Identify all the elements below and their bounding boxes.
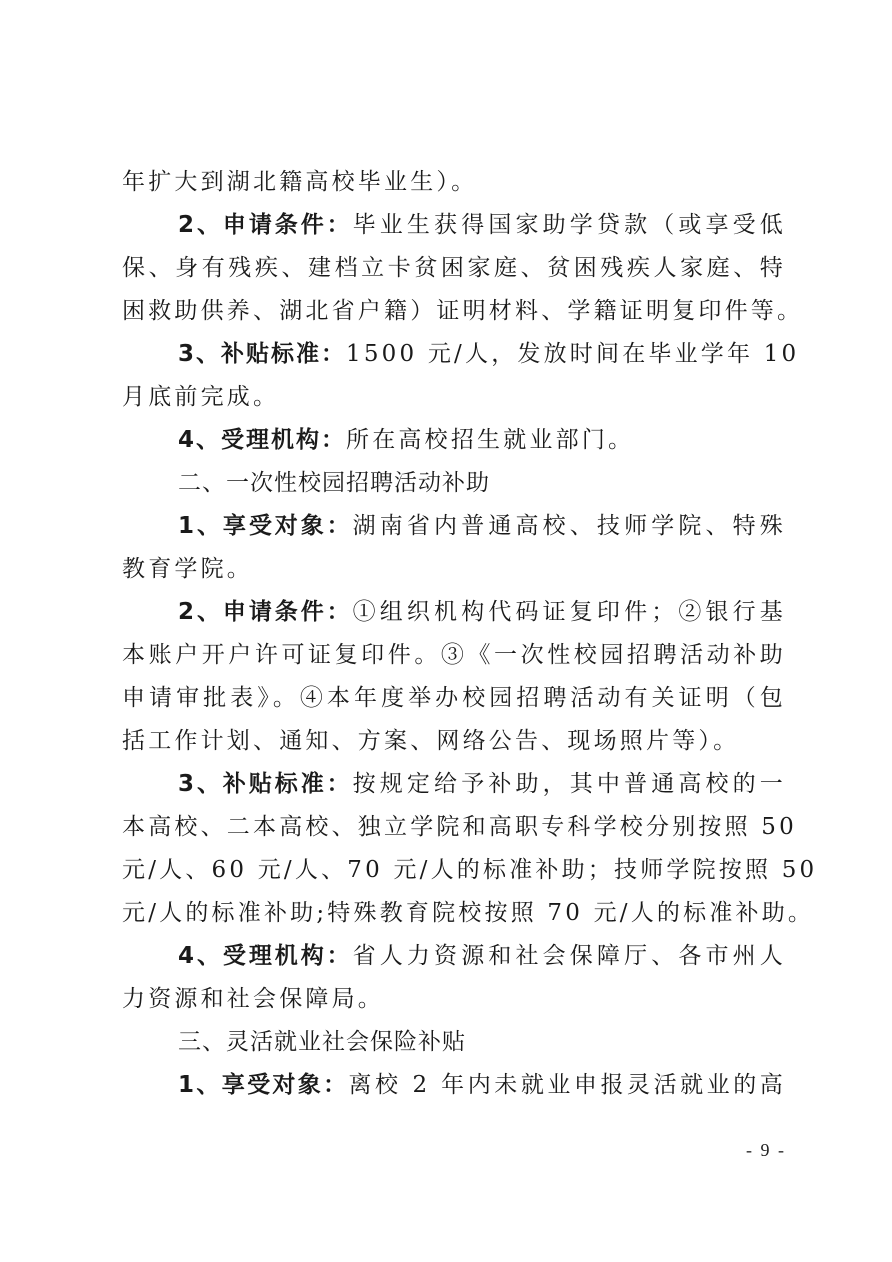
body-text: 元/人、60 元/人、70 元/人的标准补助；技师学院按照 50 <box>122 857 817 883</box>
item-label: 2、申请条件： <box>178 212 353 238</box>
body-text: 力资源和社会保障局。 <box>122 986 384 1012</box>
paragraph-line: 本高校、二本高校、独立学院和高职专科学校分别按照 50 <box>122 806 786 849</box>
body-text: 元/人的标准补助;特殊教育院校按照 70 元/人的标准补助。 <box>122 900 814 926</box>
body-text: 教育学院。 <box>122 556 253 582</box>
paragraph-line: 申请审批表》。④本年度举办校园招聘活动有关证明（包 <box>122 677 786 720</box>
paragraph-line: 力资源和社会保障局。 <box>122 978 786 1021</box>
paragraph-line: 1、享受对象：湖南省内普通高校、技师学院、特殊 <box>178 505 786 548</box>
paragraph-line: 1、享受对象：离校 2 年内未就业申报灵活就业的高 <box>178 1064 786 1107</box>
body-text: 困救助供养、湖北省户籍）证明材料、学籍证明复印件等。 <box>122 298 803 324</box>
page-number: - 9 - <box>746 1140 786 1161</box>
body-text: 本高校、二本高校、独立学院和高职专科学校分别按照 50 <box>122 814 797 840</box>
paragraph-line: 本账户开户许可证复印件。③《一次性校园招聘活动补助 <box>122 634 786 677</box>
body-text: 离校 2 年内未就业申报灵活就业的高 <box>348 1072 786 1098</box>
paragraph-line: 4、受理机构：省人力资源和社会保障厅、各市州人 <box>178 935 786 978</box>
body-text: 按规定给予补助，其中普通高校的一 <box>353 771 786 797</box>
section-heading-text: 二、一次性校园招聘活动补助 <box>178 470 490 496</box>
body-text: 保、身有残疾、建档立卡贫困家庭、贫困残疾人家庭、特 <box>122 255 786 281</box>
body-text: 本账户开户许可证复印件。③《一次性校园招聘活动补助 <box>122 642 786 668</box>
body-text: 所在高校招生就业部门。 <box>346 427 634 453</box>
section-heading: 三、灵活就业社会保险补贴 <box>178 1021 786 1064</box>
body-text: 省人力资源和社会保障厅、各市州人 <box>353 943 786 969</box>
body-text: ①组织机构代码证复印件；②银行基 <box>353 599 786 625</box>
body-text: 申请审批表》。④本年度举办校园招聘活动有关证明（包 <box>122 685 786 711</box>
item-label: 4、受理机构： <box>178 943 353 969</box>
paragraph-line: 4、受理机构：所在高校招生就业部门。 <box>178 419 786 462</box>
item-label: 4、受理机构： <box>178 427 346 453</box>
section-heading-text: 三、灵活就业社会保险补贴 <box>178 1029 466 1055</box>
body-text: 括工作计划、通知、方案、网络公告、现场照片等）。 <box>122 728 739 754</box>
body-text: 1500 元/人，发放时间在毕业学年 10 <box>346 341 799 367</box>
body-text: 月底前完成。 <box>122 384 279 410</box>
paragraph-line: 月底前完成。 <box>122 376 786 419</box>
paragraph-line: 3、补贴标准：1500 元/人，发放时间在毕业学年 10 <box>178 333 786 376</box>
body-text: 年扩大到湖北籍高校毕业生）。 <box>122 169 477 195</box>
paragraph-line: 元/人的标准补助;特殊教育院校按照 70 元/人的标准补助。 <box>122 892 786 935</box>
item-label: 2、申请条件： <box>178 599 353 625</box>
paragraph-line: 括工作计划、通知、方案、网络公告、现场照片等）。 <box>122 720 786 763</box>
body-text: 毕业生获得国家助学贷款（或享受低 <box>353 212 786 238</box>
item-label: 1、享受对象： <box>178 1072 348 1098</box>
item-label: 1、享受对象： <box>178 513 353 539</box>
paragraph-line: 困救助供养、湖北省户籍）证明材料、学籍证明复印件等。 <box>122 290 786 333</box>
paragraph-line: 教育学院。 <box>122 548 786 591</box>
item-label: 3、补贴标准： <box>178 341 346 367</box>
section-heading: 二、一次性校园招聘活动补助 <box>178 462 786 505</box>
paragraph-line: 年扩大到湖北籍高校毕业生）。 <box>122 161 786 204</box>
paragraph-line: 保、身有残疾、建档立卡贫困家庭、贫困残疾人家庭、特 <box>122 247 786 290</box>
item-label: 3、补贴标准： <box>178 771 353 797</box>
paragraph-line: 2、申请条件：毕业生获得国家助学贷款（或享受低 <box>178 204 786 247</box>
document-page: 年扩大到湖北籍高校毕业生）。 2、申请条件：毕业生获得国家助学贷款（或享受低 保… <box>0 0 892 1262</box>
paragraph-line: 3、补贴标准：按规定给予补助，其中普通高校的一 <box>178 763 786 806</box>
paragraph-line: 元/人、60 元/人、70 元/人的标准补助；技师学院按照 50 <box>122 849 786 892</box>
body-text: 湖南省内普通高校、技师学院、特殊 <box>353 513 786 539</box>
paragraph-line: 2、申请条件：①组织机构代码证复印件；②银行基 <box>178 591 786 634</box>
